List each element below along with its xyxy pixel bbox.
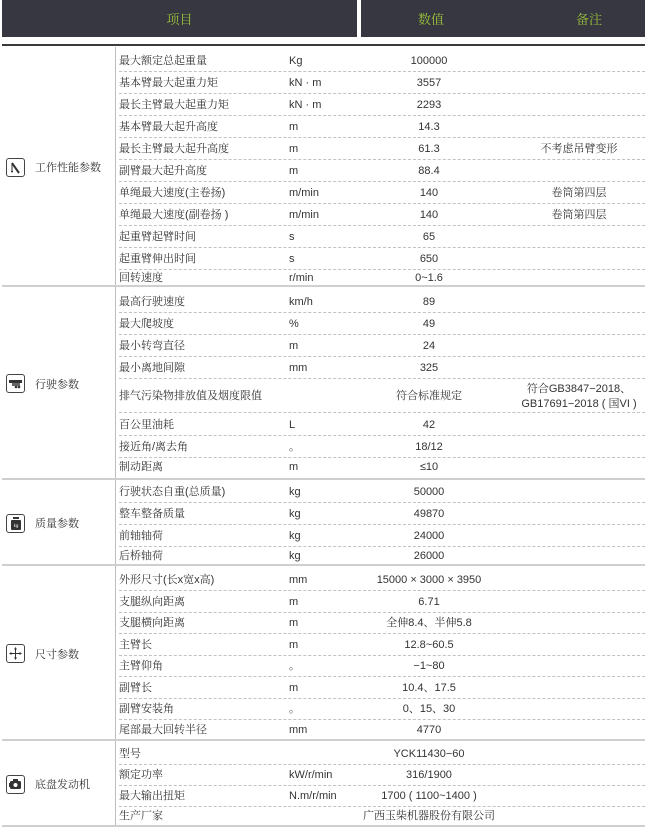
dimensions-arrows-icon — [6, 644, 25, 663]
param-value: 广西玉柴机器股份有限公司 — [349, 807, 509, 825]
column-divider — [115, 287, 116, 480]
param-remark: 不考虑吊臂变形 — [504, 138, 653, 160]
table-row: 后桥轴荷 kg 26000 — [119, 547, 645, 565]
param-name: 单绳最大速度(副卷扬 ) — [119, 204, 228, 226]
param-value: 10.4、17.5 — [349, 677, 509, 699]
param-value: 14.3 — [349, 116, 509, 138]
param-name: 排气污染物排放值及烟度限值 — [119, 380, 262, 413]
param-name: 百公里油耗 — [119, 414, 174, 436]
param-name: 前轴轴荷 — [119, 525, 163, 547]
param-value: 全伸8.4、半伸5.8 — [349, 613, 509, 634]
param-unit: m/min — [289, 182, 319, 204]
param-value: 15000 × 3000 × 3950 — [349, 569, 509, 591]
table-row: 基本臂最大起升高度 m 14.3 — [119, 116, 645, 138]
param-value: 24000 — [349, 525, 509, 547]
table-row: 尾部最大回转半径 mm 4770 — [119, 720, 645, 740]
param-value: 88.4 — [349, 160, 509, 182]
param-value: 65 — [349, 226, 509, 248]
param-value: 325 — [349, 357, 509, 379]
table-row: 最高行驶速度 km/h 89 — [119, 291, 645, 313]
header-rule — [2, 44, 645, 46]
section-0: 工作性能参数 最大额定总起重量 Kg 100000 基本臂最大起重力矩 kN ·… — [2, 47, 645, 287]
param-value: 61.3 — [349, 138, 509, 160]
param-unit: s — [289, 248, 295, 270]
section-4: 底盘发动机 型号 YCK11430−60 额定功率 kW/r/min 316/1… — [2, 741, 645, 827]
param-name: 副臂安装角 — [119, 699, 174, 720]
table-row: 最小离地间隙 mm 325 — [119, 357, 645, 379]
param-unit: kW/r/min — [289, 765, 332, 786]
table-row: 最大额定总起重量 Kg 100000 — [119, 50, 645, 72]
param-value: 140 — [349, 182, 509, 204]
header-value-remark: 数值 备注 — [361, 0, 645, 37]
section-title: 质量参数 — [35, 515, 79, 531]
param-unit: m — [289, 458, 298, 476]
crane-boom-icon — [6, 158, 25, 177]
table-row: 前轴轴荷 kg 24000 — [119, 525, 645, 547]
param-remark: 卷筒第四层 — [504, 204, 653, 226]
param-value: 26000 — [349, 547, 509, 565]
param-name: 尾部最大回转半径 — [119, 720, 207, 740]
param-value: 18/12 — [349, 436, 509, 458]
header-value-label: 数值 — [418, 9, 444, 28]
param-name: 最小转弯直径 — [119, 335, 185, 357]
column-divider — [115, 741, 116, 827]
param-unit: L — [289, 414, 295, 436]
param-name: 最长主臂最大起升高度 — [119, 138, 229, 160]
section-title: 底盘发动机 — [35, 776, 90, 792]
table-row: 生产厂家 广西玉柴机器股份有限公司 — [119, 807, 645, 825]
param-value: 3557 — [349, 72, 509, 94]
param-value: YCK11430−60 — [349, 744, 509, 765]
truck-icon — [6, 374, 25, 393]
param-value: 650 — [349, 248, 509, 270]
param-name: 副臂长 — [119, 677, 152, 699]
section-2: kg 质量参数 行驶状态自重(总质量) kg 50000 整车整备质量 kg 4… — [2, 480, 645, 566]
param-value: 42 — [349, 414, 509, 436]
table-row: 最长主臂最大起重力矩 kN · m 2293 — [119, 94, 645, 116]
param-unit: kN · m — [289, 72, 321, 94]
param-unit: m — [289, 634, 298, 656]
param-value: 6.71 — [349, 591, 509, 613]
param-unit: kg — [289, 547, 301, 565]
column-divider — [115, 566, 116, 741]
param-unit: kN · m — [289, 94, 321, 116]
row-divider — [119, 412, 645, 413]
table-row: 外形尺寸(长x宽x高) mm 15000 × 3000 × 3950 — [119, 569, 645, 591]
param-name: 副臂最大起升高度 — [119, 160, 207, 182]
param-value: 0、15、30 — [349, 699, 509, 720]
table-row: 整车整备质量 kg 49870 — [119, 503, 645, 525]
section-title: 行驶参数 — [35, 376, 79, 392]
param-name: 生产厂家 — [119, 807, 163, 825]
param-name: 回转速度 — [119, 269, 163, 287]
param-name: 起重臂伸出时间 — [119, 248, 196, 270]
table-row: 最大输出扭矩 N.m/r/min 1700 ( 1100~1400 ) — [119, 786, 645, 807]
param-name: 整车整备质量 — [119, 503, 185, 525]
section-category: 底盘发动机 — [6, 741, 114, 827]
table-row: 最长主臂最大起升高度 m 61.3 不考虑吊臂变形 — [119, 138, 645, 160]
param-unit: m — [289, 677, 298, 699]
table-row: 最小转弯直径 m 24 — [119, 335, 645, 357]
param-unit: m — [289, 138, 298, 160]
section-category: 尺寸参数 — [6, 566, 114, 741]
param-value: 12.8~60.5 — [349, 634, 509, 656]
param-name: 支腿纵向距离 — [119, 591, 185, 613]
param-value: 49870 — [349, 503, 509, 525]
param-unit: kg — [289, 525, 301, 547]
param-value: 316/1900 — [349, 765, 509, 786]
table-row: 型号 YCK11430−60 — [119, 744, 645, 765]
param-name: 额定功率 — [119, 765, 163, 786]
param-unit: mm — [289, 357, 307, 379]
section-category: 行驶参数 — [6, 287, 114, 480]
param-name: 最高行驶速度 — [119, 291, 185, 313]
section-1: 行驶参数 最高行驶速度 km/h 89 最大爬坡度 % 49 最小转弯直径 m … — [2, 287, 645, 480]
param-name: 制动距离 — [119, 458, 163, 476]
param-value: 24 — [349, 335, 509, 357]
param-unit: 。 — [289, 699, 300, 720]
param-unit: Kg — [289, 50, 302, 72]
param-name: 最大爬坡度 — [119, 313, 174, 335]
param-unit: km/h — [289, 291, 313, 313]
table-row: 最大爬坡度 % 49 — [119, 313, 645, 335]
param-value: 4770 — [349, 720, 509, 740]
param-unit: mm — [289, 720, 307, 740]
param-name: 后桥轴荷 — [119, 547, 163, 565]
param-unit: 。 — [289, 436, 300, 458]
section-3: 尺寸参数 外形尺寸(长x宽x高) mm 15000 × 3000 × 3950 … — [2, 566, 645, 741]
param-value: 89 — [349, 291, 509, 313]
table-row: 排气污染物排放值及烟度限值 符合标准规定 符合GB3847−2018、GB176… — [119, 380, 645, 413]
param-name: 行驶状态自重(总质量) — [119, 482, 225, 503]
param-value: 49 — [349, 313, 509, 335]
header-item-label: 项目 — [166, 9, 192, 28]
table-row: 起重臂伸出时间 s 650 — [119, 248, 645, 270]
param-value: 1700 ( 1100~1400 ) — [349, 786, 509, 807]
param-name: 支腿横向距离 — [119, 613, 185, 634]
param-name: 主臂长 — [119, 634, 152, 656]
param-unit: m — [289, 613, 298, 634]
param-name: 接近角/离去角 — [119, 436, 188, 458]
param-value: 2293 — [349, 94, 509, 116]
param-unit: s — [289, 226, 295, 248]
column-divider — [115, 480, 116, 566]
table-row: 主臂仰角 。 −1~80 — [119, 656, 645, 677]
remark-line-2: GB17691−2018 ( 国VI ) — [521, 398, 636, 410]
param-remark: 符合GB3847−2018、GB17691−2018 ( 国VI ) — [504, 382, 653, 412]
param-value: 0~1.6 — [349, 269, 509, 287]
column-divider — [115, 47, 116, 287]
table-row: 额定功率 kW/r/min 316/1900 — [119, 765, 645, 786]
table-row: 副臂最大起升高度 m 88.4 — [119, 160, 645, 182]
table-row: 制动距离 m ≤10 — [119, 458, 645, 476]
param-unit: m — [289, 335, 298, 357]
section-title: 工作性能参数 — [35, 159, 101, 175]
param-unit: r/min — [289, 269, 313, 287]
section-category: kg 质量参数 — [6, 480, 114, 566]
remark-line-1: 符合GB3847−2018、 — [527, 383, 631, 395]
param-name: 最大输出扭矩 — [119, 786, 185, 807]
engine-icon — [6, 775, 25, 794]
table-row: 支腿纵向距离 m 6.71 — [119, 591, 645, 613]
param-value: 100000 — [349, 50, 509, 72]
param-unit: 。 — [289, 656, 300, 677]
table-row: 行驶状态自重(总质量) kg 50000 — [119, 482, 645, 503]
param-name: 最大额定总起重量 — [119, 50, 207, 72]
param-unit: mm — [289, 569, 307, 591]
param-name: 主臂仰角 — [119, 656, 163, 677]
param-name: 型号 — [119, 744, 141, 765]
param-unit: m — [289, 160, 298, 182]
table-row: 接近角/离去角 。 18/12 — [119, 436, 645, 458]
table-row: 单绳最大速度(副卷扬 ) m/min 140 卷筒第四层 — [119, 204, 645, 226]
param-name: 起重臂起臂时间 — [119, 226, 196, 248]
param-value: −1~80 — [349, 656, 509, 677]
table-row: 支腿横向距离 m 全伸8.4、半伸5.8 — [119, 613, 645, 634]
param-remark: 卷筒第四层 — [504, 182, 653, 204]
param-name: 外形尺寸(长x宽x高) — [119, 569, 214, 591]
param-unit: m/min — [289, 204, 319, 226]
table-row: 副臂长 m 10.4、17.5 — [119, 677, 645, 699]
param-value: 140 — [349, 204, 509, 226]
param-value: 符合标准规定 — [349, 380, 509, 413]
table-row: 基本臂最大起重力矩 kN · m 3557 — [119, 72, 645, 94]
weight-kg-icon: kg — [6, 514, 25, 533]
param-unit: N.m/r/min — [289, 786, 337, 807]
table-row: 主臂长 m 12.8~60.5 — [119, 634, 645, 656]
param-name: 基本臂最大起重力矩 — [119, 72, 218, 94]
param-value: 50000 — [349, 482, 509, 503]
param-name: 基本臂最大起升高度 — [119, 116, 218, 138]
table-row: 回转速度 r/min 0~1.6 — [119, 269, 645, 287]
param-name: 最长主臂最大起重力矩 — [119, 94, 229, 116]
header-item: 项目 — [2, 0, 357, 37]
param-value: ≤10 — [349, 458, 509, 476]
svg-text:kg: kg — [13, 523, 18, 528]
param-unit: kg — [289, 482, 301, 503]
param-unit: % — [289, 313, 299, 335]
table-row: 副臂安装角 。 0、15、30 — [119, 699, 645, 720]
header-remark-label: 备注 — [576, 9, 602, 28]
param-unit: m — [289, 591, 298, 613]
table-row: 单绳最大速度(主卷扬) m/min 140 卷筒第四层 — [119, 182, 645, 204]
param-name: 单绳最大速度(主卷扬) — [119, 182, 225, 204]
row-divider — [119, 378, 645, 379]
param-unit: kg — [289, 503, 301, 525]
param-unit: m — [289, 116, 298, 138]
section-title: 尺寸参数 — [35, 646, 79, 662]
table-row: 起重臂起臂时间 s 65 — [119, 226, 645, 248]
table-row: 百公里油耗 L 42 — [119, 414, 645, 436]
section-category: 工作性能参数 — [6, 47, 114, 287]
param-name: 最小离地间隙 — [119, 357, 185, 379]
